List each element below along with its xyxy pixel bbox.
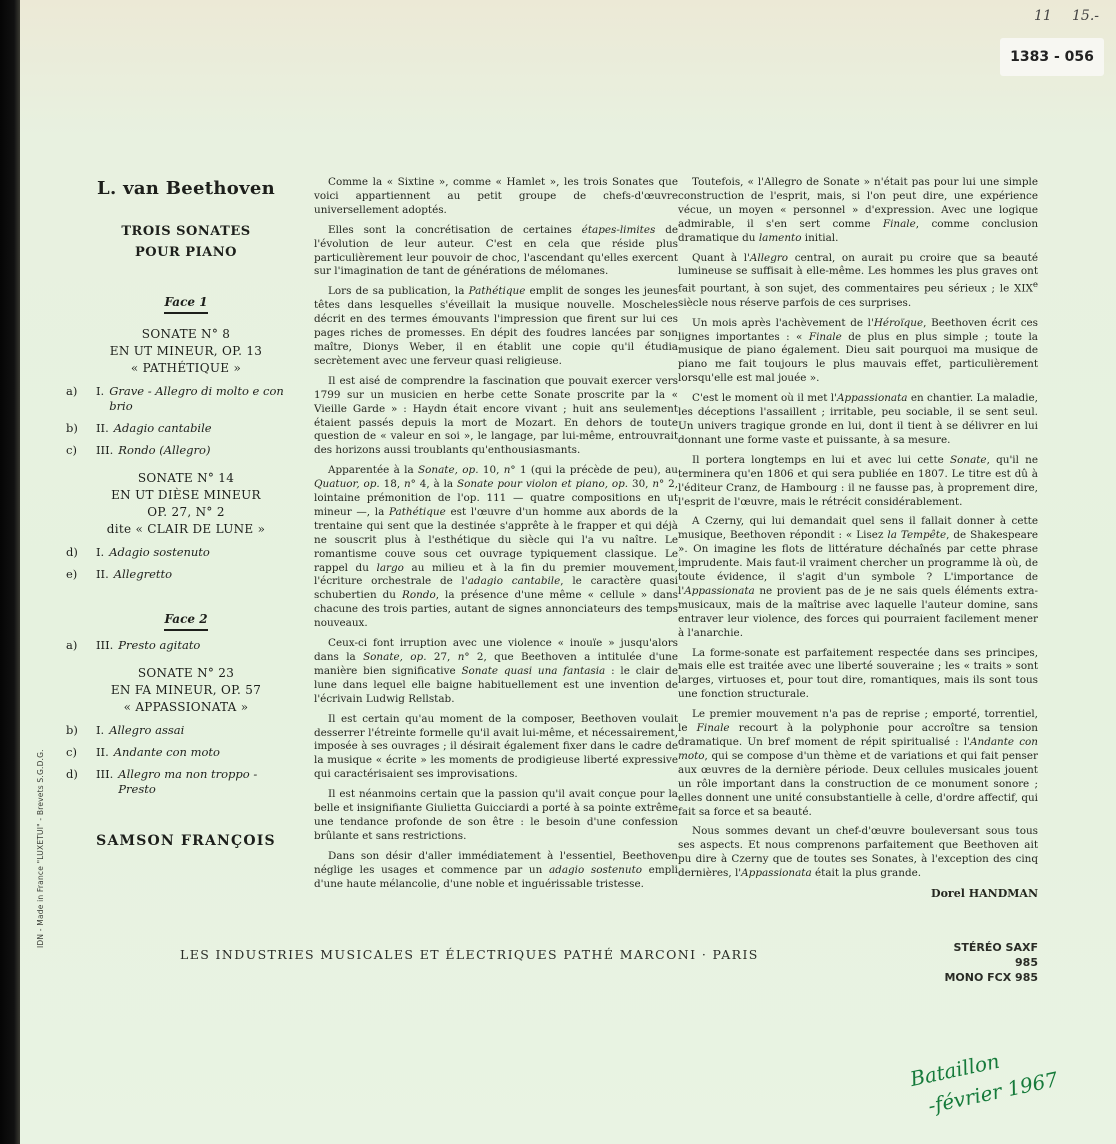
publisher-line: LES INDUSTRIES MUSICALES ET ÉLECTRIQUES … [180, 947, 759, 962]
movement-number: I. [96, 545, 104, 560]
catalog-numbers: STÉRÉO SAXF 985 MONO FCX 985 [944, 940, 1038, 985]
movement-title: Grave - Allegro di molto e con brio [109, 384, 296, 414]
movement-item: d)I.Adagio sostenuto [66, 545, 296, 560]
movement-item: c)II.Andante con moto [66, 745, 296, 760]
face-1-heading: Face 1 [76, 295, 296, 314]
movement-item: a)I.Grave - Allegro di molto e con brio [66, 384, 296, 414]
sonata-heading-line: SONATE N° 8 [76, 326, 296, 343]
movement-letter: d) [66, 767, 96, 797]
liner-paragraph: Il est certain qu'au moment de la compos… [314, 713, 678, 783]
sonata-heading: SONATE N° 14EN UT DIÈSE MINEUROP. 27, N°… [76, 470, 296, 538]
album-title: TROIS SONATES POUR PIANO [76, 221, 296, 263]
movement-title: Rondo (Allegro) [118, 443, 210, 458]
movement-letter: a) [66, 638, 96, 653]
author-signature: Dorel HANDMAN [678, 887, 1038, 901]
movement-title: Adagio cantabile [114, 421, 212, 436]
movement-letter: e) [66, 567, 96, 582]
movement-number: I. [96, 723, 104, 738]
movement-title: Allegro ma non troppo - Presto [118, 767, 296, 797]
movement-number: II. [96, 745, 109, 760]
movement-item: d)III.Allegro ma non troppo - Presto [66, 767, 296, 797]
face-title-text: Face 1 [164, 295, 207, 314]
liner-paragraph: C'est le moment où il met l'Appassionata… [678, 392, 1038, 448]
liner-paragraph: Apparentée à la Sonate, op. 10, n° 1 (qu… [314, 464, 678, 631]
catalog-code: 1383 - 056 [1010, 49, 1094, 65]
pencil-note-right: 15.- [1072, 8, 1099, 24]
liner-paragraph: Nous sommes devant un chef-d'œuvre boule… [678, 825, 1038, 881]
sonata-heading-line: EN UT MINEUR, OP. 13 [76, 343, 296, 360]
movement-number: II. [96, 567, 109, 582]
liner-paragraph: Il est néanmoins certain que la passion … [314, 788, 678, 844]
movement-item: a)III.Presto agitato [66, 638, 296, 653]
sonata-heading-line: SONATE N° 14 [76, 470, 296, 487]
movement-item: b)II.Adagio cantabile [66, 421, 296, 436]
sonata-heading: SONATE N° 8EN UT MINEUR, OP. 13« PATHÉTI… [76, 326, 296, 377]
composer-name: L. van Beethoven [76, 178, 296, 199]
face-2-heading: Face 2 [76, 612, 296, 631]
liner-paragraph: Elles sont la concrétisation de certaine… [314, 224, 678, 280]
tracklist: L. van Beethoven TROIS SONATES POUR PIAN… [66, 178, 296, 849]
movement-letter: c) [66, 745, 96, 760]
face-1-list: SONATE N° 8EN UT MINEUR, OP. 13« PATHÉTI… [66, 326, 296, 582]
liner-paragraph: Comme la « Sixtine », comme « Hamlet », … [314, 176, 678, 218]
face-2-list: a)III.Presto agitatoSONATE N° 23EN FA MI… [66, 638, 296, 797]
movement-number: III. [96, 767, 113, 797]
movement-letter: d) [66, 545, 96, 560]
performer-name: SAMSON FRANÇOIS [76, 833, 296, 849]
movement-title: Adagio sostenuto [109, 545, 210, 560]
album-title-line: TROIS SONATES [76, 221, 296, 242]
movement-letter: b) [66, 723, 96, 738]
liner-paragraph: A Czerny, qui lui demandait quel sens il… [678, 515, 1038, 640]
sonata-heading-line: SONATE N° 23 [76, 665, 296, 682]
movement-number: III. [96, 443, 113, 458]
mono-catalog: MONO FCX 985 [944, 970, 1038, 985]
side-credit: IDN - Made in France "LUXETUI" - Brevets… [36, 749, 45, 948]
sonata-heading: SONATE N° 23EN FA MINEUR, OP. 57« APPASS… [76, 665, 296, 716]
sonata-heading-line: dite « CLAIR DE LUNE » [76, 521, 296, 538]
movement-title: Allegro assai [109, 723, 184, 738]
sonata-heading-line: « PATHÉTIQUE » [76, 360, 296, 377]
movement-title: Presto agitato [118, 638, 200, 653]
sonata-heading-line: OP. 27, N° 2 [76, 504, 296, 521]
liner-paragraph: Le premier mouvement n'a pas de reprise … [678, 708, 1038, 819]
liner-paragraph: Quant à l'Allegro central, on aurait pu … [678, 252, 1038, 311]
album-title-line: POUR PIANO [76, 242, 296, 263]
liner-paragraph: Lors de sa publication, la Pathétique em… [314, 285, 678, 368]
sonata-heading-line: EN FA MINEUR, OP. 57 [76, 682, 296, 699]
liner-paragraph: Ceux-ci font irruption avec une violence… [314, 637, 678, 707]
movement-item: c)III.Rondo (Allegro) [66, 443, 296, 458]
liner-notes-column-2: Toutefois, « l'Allegro de Sonate » n'éta… [678, 176, 1038, 901]
liner-paragraph: Toutefois, « l'Allegro de Sonate » n'éta… [678, 176, 1038, 246]
movement-title: Allegretto [114, 567, 172, 582]
liner-paragraph: Il portera longtemps en lui et avec lui … [678, 454, 1038, 510]
pencil-note-left: 11 [1034, 8, 1052, 24]
movement-letter: b) [66, 421, 96, 436]
liner-paragraph: Il est aisé de comprendre la fascination… [314, 375, 678, 458]
movement-item: b)I.Allegro assai [66, 723, 296, 738]
catalog-sticker: 1383 - 056 [1000, 38, 1104, 76]
liner-notes-column-1: Comme la « Sixtine », comme « Hamlet », … [314, 176, 678, 898]
movement-title: Andante con moto [114, 745, 220, 760]
movement-number: II. [96, 421, 109, 436]
sonata-heading-line: « APPASSIONATA » [76, 699, 296, 716]
sleeve-spine-edge [0, 0, 20, 1144]
liner-paragraph: La forme-sonate est parfaitement respect… [678, 647, 1038, 703]
stereo-catalog: STÉRÉO SAXF 985 [944, 940, 1038, 970]
movement-number: III. [96, 638, 113, 653]
movement-number: I. [96, 384, 104, 414]
liner-paragraph: Un mois après l'achèvement de l'Héroïque… [678, 317, 1038, 387]
movement-letter: c) [66, 443, 96, 458]
sonata-heading-line: EN UT DIÈSE MINEUR [76, 487, 296, 504]
face-title-text: Face 2 [164, 612, 207, 631]
liner-paragraph: Dans son désir d'aller immédiatement à l… [314, 850, 678, 892]
movement-item: e)II.Allegretto [66, 567, 296, 582]
movement-letter: a) [66, 384, 96, 414]
